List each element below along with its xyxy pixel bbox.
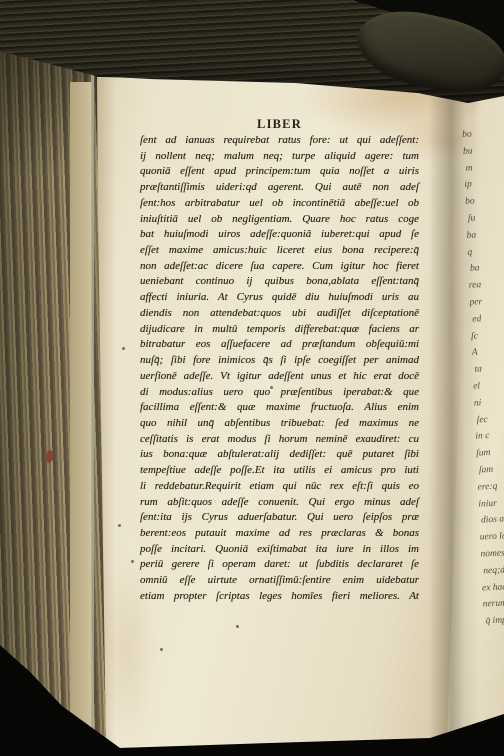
foxing-speck <box>236 625 239 628</box>
text-line: poſſe incitari. Quoniā exiſtimabat ita i… <box>140 542 419 558</box>
edge-fragment: ex hac <box>482 579 504 597</box>
book-photo: LIBER ſent ad ianuas requirebat ratus fo… <box>0 0 504 756</box>
edge-fragment: nomes <box>480 545 504 563</box>
text-line: dijudicare in multū temporis differebat:… <box>140 322 419 338</box>
text-line: berent:eos putauit maxime ad res præclar… <box>140 526 419 542</box>
text-line: iniuſtitiā uel ob negligentiam. Quare ho… <box>140 212 419 228</box>
page-edge-divider <box>91 0 94 752</box>
text-line: tempeſtiue adeſſe poſſe.Et ita utilis ei… <box>140 463 419 479</box>
text-line: ſent:ita ijs Cyrus aduerſabatur. Qui uer… <box>140 510 419 526</box>
text-line: affecti iniuria. At Cyrus quidē diu huiu… <box>140 290 419 306</box>
running-title: LIBER <box>140 117 419 132</box>
text-line: ſent:hos arbitrabatur uel ob incontinēti… <box>140 196 419 212</box>
fore-edge-light-band <box>70 82 92 746</box>
text-line: ceſſitatis is erat modus ſi horum neminē… <box>140 432 419 448</box>
text-line: etiam propter ſcriptas leges homīes fier… <box>140 589 419 605</box>
foxing-speck <box>122 347 125 350</box>
edge-fragment: neq;du <box>481 562 504 580</box>
edge-fragment: nerum <box>482 595 504 613</box>
foxing-speck <box>160 648 163 651</box>
text-line: bat huiuſmodi uiros adeſſe:quoniā iubere… <box>140 227 419 243</box>
text-line: quoniā eſſent apud principem:tum quia no… <box>140 164 419 180</box>
text-line: nuſq̄; ſibi fore inimicos q̄s ſi ipſe co… <box>140 353 419 369</box>
edge-fragment: q̄ imp <box>483 612 504 630</box>
edge-fragment: dios a <box>479 512 504 530</box>
edge-fragment: ſum <box>476 444 504 462</box>
edge-fragment: ſam <box>477 461 504 479</box>
text-line: præſtantiſſimis uideri:qd agerent. Qui a… <box>140 180 419 196</box>
gutter-shadow <box>428 84 480 750</box>
foxing-speck <box>118 524 121 527</box>
text-block: ſent ad ianuas requirebat ratus fore: ut… <box>140 133 419 605</box>
text-line: li reddebatur.Requirit etiam qui nūc rex… <box>140 479 419 495</box>
foxing-speck <box>270 386 273 389</box>
text-line: di modus:alius uero quo præſentibus iper… <box>140 385 419 401</box>
text-line: facillima eſſent:& quæ maxime fructuoſa.… <box>140 400 419 416</box>
text-line: omniū eſſe uirtute ornatiſſimū:ſentire e… <box>140 573 419 589</box>
edge-fragment: iniur <box>478 495 504 513</box>
text-line: uerſionē adeſſe. Vt igitur adeſſent unus… <box>140 369 419 385</box>
text-line: diendis non attendebat:quos ubi audiſſet… <box>140 306 419 322</box>
edge-fragment: uero lo <box>479 528 504 546</box>
foxing-speck <box>131 560 134 563</box>
text-line: ſent ad ianuas requirebat ratus fore: ut… <box>140 133 419 149</box>
text-line: periū gerere ſi operam daret: ut ſubditi… <box>140 557 419 573</box>
text-line: bitrabatur eos aſſuefacere ad præſtandum… <box>140 337 419 353</box>
edge-fragment: ere:q <box>477 478 504 496</box>
text-line: rum abſit:quos adeſſe conuenit. Qui ergo… <box>140 495 419 511</box>
text-line: ij nollent neq; malum neq; turpe aliquid… <box>140 149 419 165</box>
text-line: non adeſſet:ac dicere ſua capere. Cum ig… <box>140 259 419 275</box>
text-line: quo nihil unq̄ abſentibus tribuebat: ſed… <box>140 416 419 432</box>
text-line: ueniebant continuo ij quibus bona,ablata… <box>140 274 419 290</box>
text-line: ius bona:quæ abſtulerat:alij dediſſet: q… <box>140 447 419 463</box>
text-line: eſſet maxime amicus:huic liceret eius bo… <box>140 243 419 259</box>
